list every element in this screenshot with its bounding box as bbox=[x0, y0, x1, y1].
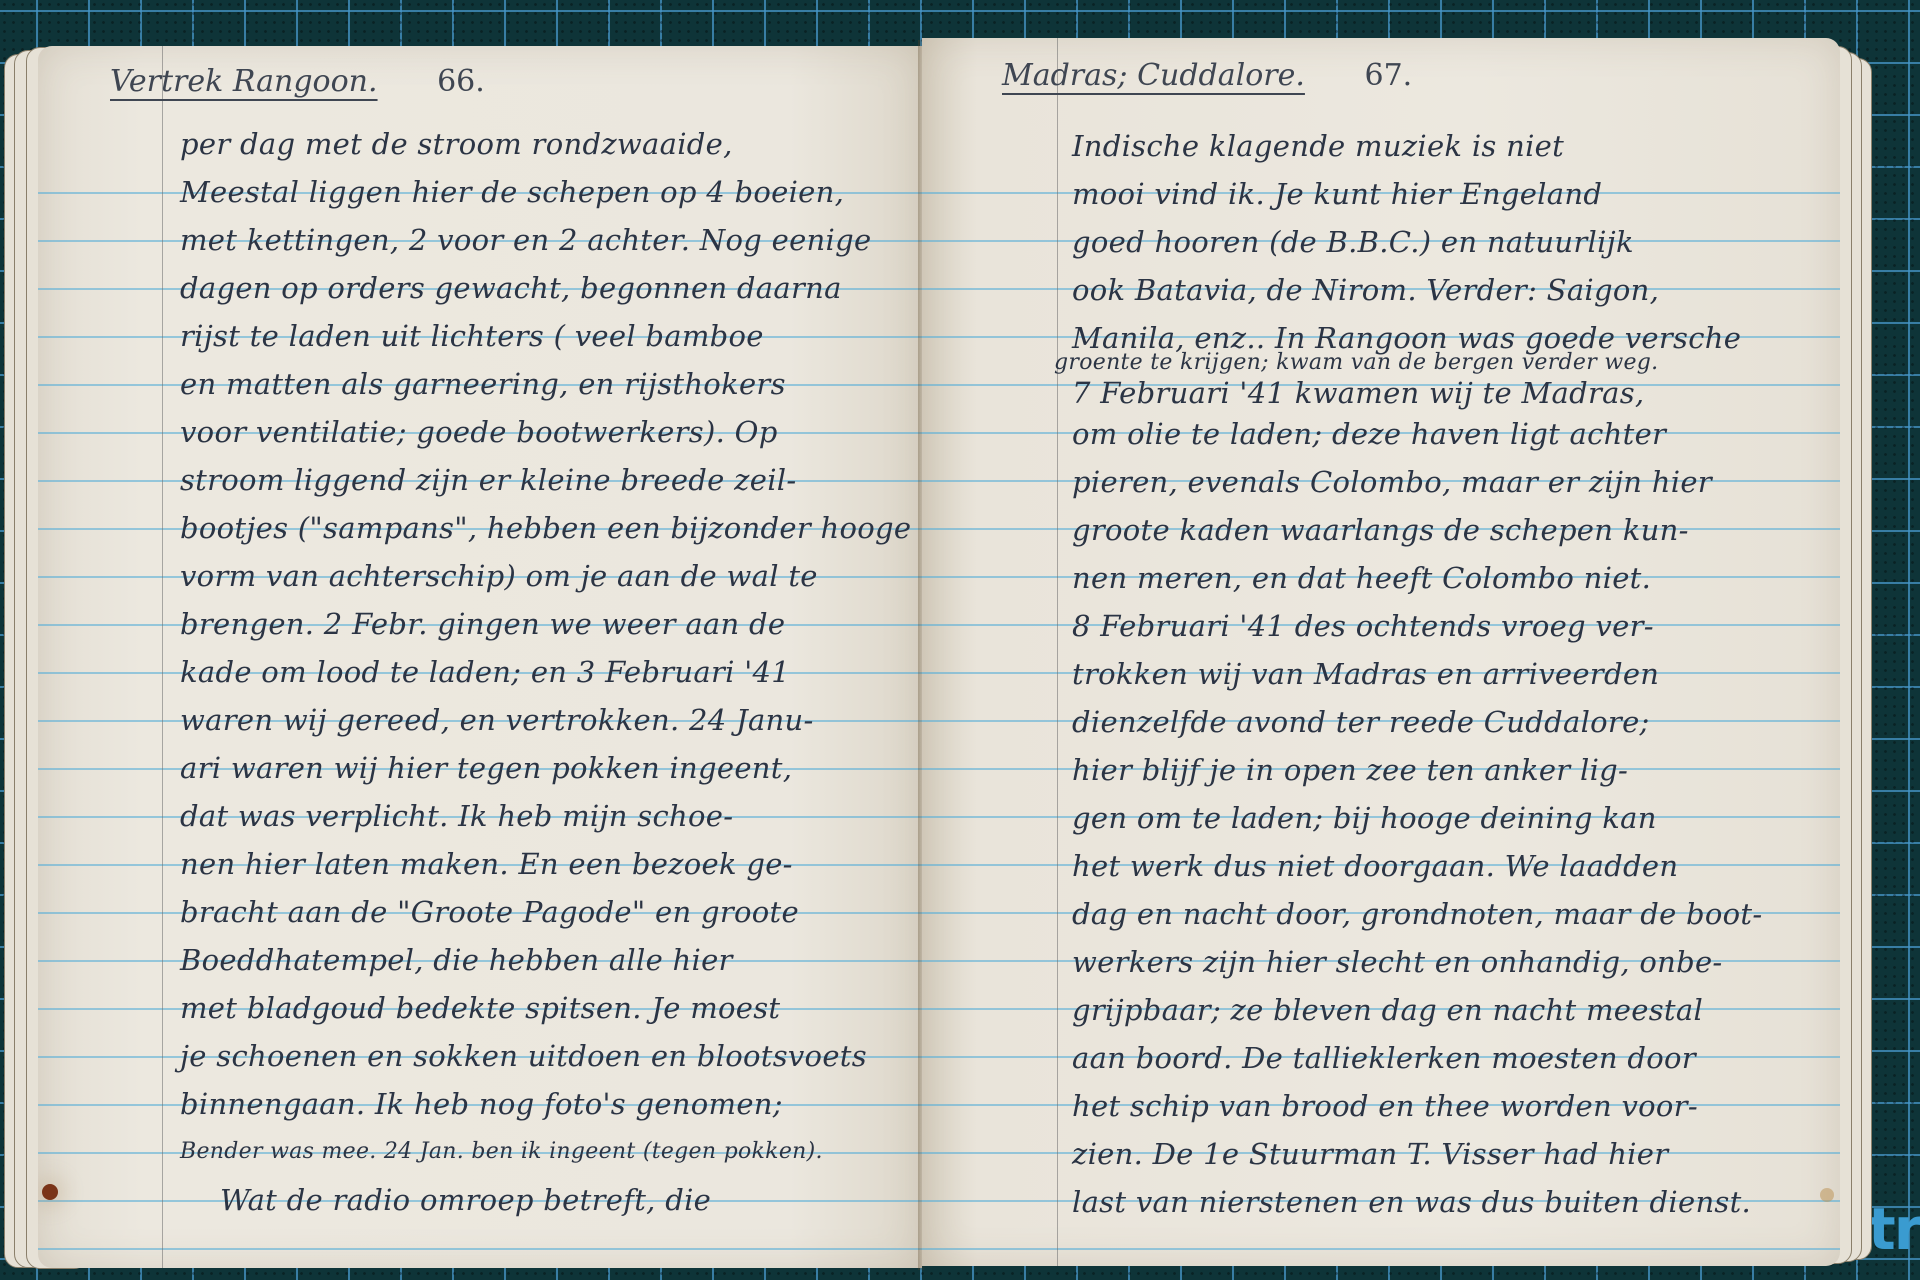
text-line: ari waren wij hier tegen pokken ingeent, bbox=[180, 744, 911, 792]
text-line: brengen. 2 Febr. gingen we weer aan de bbox=[180, 600, 911, 648]
text-line: last van nierstenen en was dus buiten di… bbox=[1072, 1178, 1762, 1226]
text-line: bootjes ("sampans", hebben een bijzonder… bbox=[180, 504, 911, 552]
foxing-spot bbox=[1820, 1188, 1834, 1202]
text-line: groente te krijgen; kwam van de bergen v… bbox=[1054, 350, 1762, 376]
text-line: ook Batavia, de Nirom. Verder: Saigon, bbox=[1072, 266, 1762, 314]
text-line: werkers zijn hier slecht en onhandig, on… bbox=[1072, 938, 1762, 986]
page-title: Madras; Cuddalore. bbox=[1002, 58, 1305, 93]
text-line: bracht aan de "Groote Pagode" en groote bbox=[180, 888, 911, 936]
text-line: 7 Februari '41 kwamen wij te Madras, bbox=[1072, 376, 1762, 410]
text-line: binnengaan. Ik heb nog foto's genomen; bbox=[180, 1080, 911, 1128]
text-line: om olie te laden; deze haven ligt achter bbox=[1072, 410, 1762, 458]
handwritten-text: per dag met de stroom rondzwaaide, Meest… bbox=[180, 120, 911, 1224]
text-line: dag en nacht door, grondnoten, maar de b… bbox=[1072, 890, 1762, 938]
text-line: Boeddhatempel, die hebben alle hier bbox=[180, 936, 911, 984]
text-line: mooi vind ik. Je kunt hier Engeland bbox=[1072, 170, 1762, 218]
text-line: gen om te laden; bij hooge deining kan bbox=[1072, 794, 1762, 842]
margin-line bbox=[1057, 38, 1058, 1266]
text-line: zien. De 1e Stuurman T. Visser had hier bbox=[1072, 1130, 1762, 1178]
text-line: 8 Februari '41 des ochtends vroeg ver- bbox=[1072, 602, 1762, 650]
text-line: trokken wij van Madras en arriveerden bbox=[1072, 650, 1762, 698]
text-line: stroom liggend zijn er kleine breede zei… bbox=[180, 456, 911, 504]
text-line: aan boord. De tallieklerken moesten door bbox=[1072, 1034, 1762, 1082]
text-line: pieren, evenals Colombo, maar er zijn hi… bbox=[1072, 458, 1762, 506]
text-line: goed hooren (de B.B.C.) en natuurlijk bbox=[1072, 218, 1762, 266]
text-line: dagen op orders gewacht, begonnen daarna bbox=[180, 264, 911, 312]
text-line: dienzelfde avond ter reede Cuddalore; bbox=[1072, 698, 1762, 746]
text-line: dat was verplicht. Ik heb mijn schoe- bbox=[180, 792, 911, 840]
watermark-logo: tra bbox=[1868, 1195, 1920, 1263]
text-line: kade om lood te laden; en 3 Februari '41 bbox=[180, 648, 911, 696]
page-header: Madras; Cuddalore. 67. bbox=[1002, 58, 1412, 93]
right-page: Madras; Cuddalore. 67. Indische klagende… bbox=[922, 38, 1840, 1266]
text-line: vorm van achterschip) om je aan de wal t… bbox=[180, 552, 911, 600]
left-page: Vertrek Rangoon. 66. per dag met de stro… bbox=[38, 46, 922, 1268]
text-line: met bladgoud bedekte spitsen. Je moest bbox=[180, 984, 911, 1032]
page-number: 67. bbox=[1364, 58, 1412, 93]
page-title: Vertrek Rangoon. bbox=[110, 64, 378, 99]
ink-stain bbox=[42, 1184, 58, 1200]
text-line: en matten als garneering, en rijsthokers bbox=[180, 360, 911, 408]
text-line: hier blijf je in open zee ten anker lig- bbox=[1072, 746, 1762, 794]
text-line: voor ventilatie; goede bootwerkers). Op bbox=[180, 408, 911, 456]
text-line: nen meren, en dat heeft Colombo niet. bbox=[1072, 554, 1762, 602]
text-line: je schoenen en sokken uitdoen en blootsv… bbox=[180, 1032, 911, 1080]
page-number: 66. bbox=[437, 64, 485, 99]
text-line: Meestal liggen hier de schepen op 4 boei… bbox=[180, 168, 911, 216]
handwritten-text: Indische klagende muziek is niet mooi vi… bbox=[1072, 122, 1762, 1226]
text-line: rijst te laden uit lichters ( veel bambo… bbox=[180, 312, 911, 360]
text-line: Bender was mee. 24 Jan. ben ik ingeent (… bbox=[180, 1128, 911, 1176]
text-line: met kettingen, 2 voor en 2 achter. Nog e… bbox=[180, 216, 911, 264]
text-line: het schip van brood en thee worden voor- bbox=[1072, 1082, 1762, 1130]
text-line: Indische klagende muziek is niet bbox=[1072, 122, 1762, 170]
text-line: grijpbaar; ze bleven dag en nacht meesta… bbox=[1072, 986, 1762, 1034]
text-line: groote kaden waarlangs de schepen kun- bbox=[1072, 506, 1762, 554]
text-line: het werk dus niet doorgaan. We laadden bbox=[1072, 842, 1762, 890]
text-line: per dag met de stroom rondzwaaide, bbox=[180, 120, 911, 168]
text-line: waren wij gereed, en vertrokken. 24 Janu… bbox=[180, 696, 911, 744]
text-line: nen hier laten maken. En een bezoek ge- bbox=[180, 840, 911, 888]
page-header: Vertrek Rangoon. 66. bbox=[110, 64, 485, 99]
margin-line bbox=[162, 46, 163, 1268]
text-line: Wat de radio omroep betreft, die bbox=[180, 1176, 911, 1224]
